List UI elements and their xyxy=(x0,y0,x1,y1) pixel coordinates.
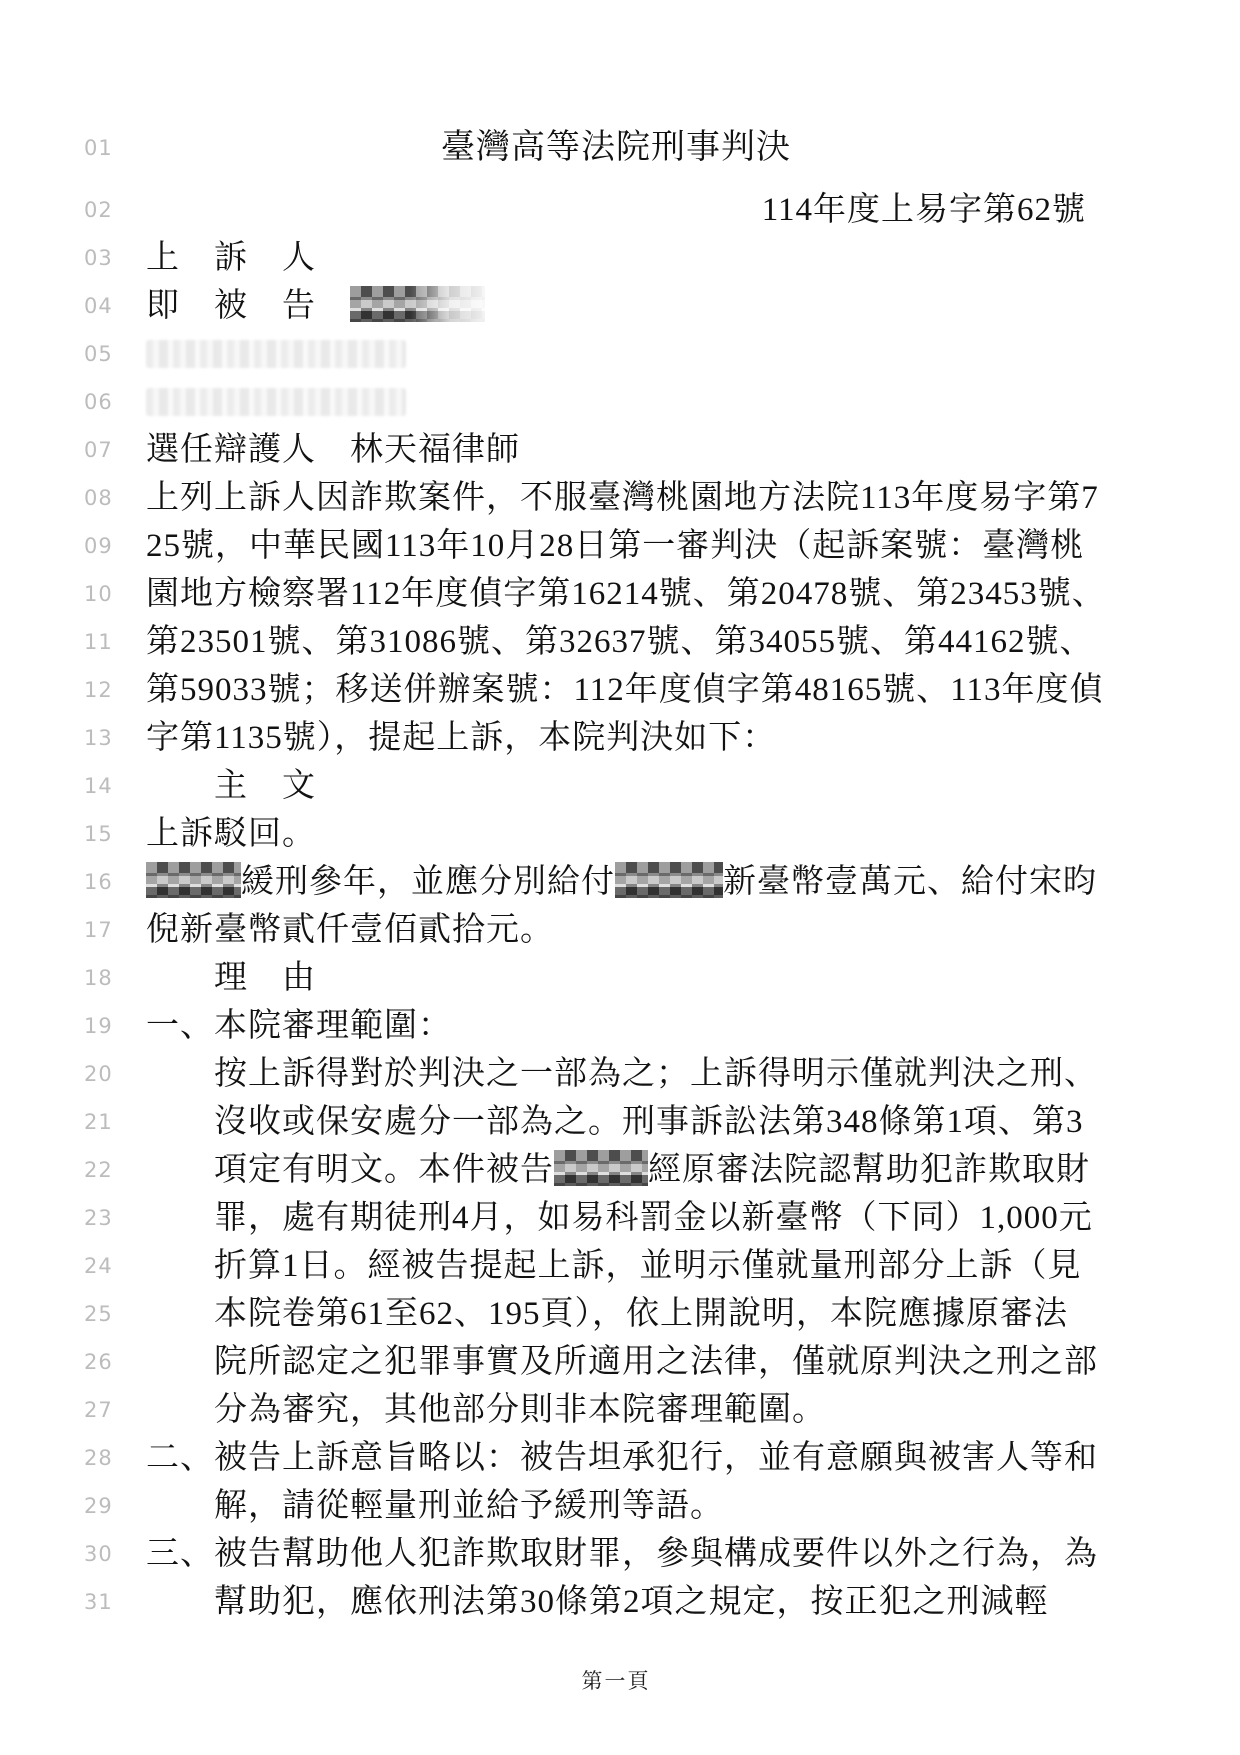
text-segment: 第23501號、第31086號、第32637號、第34055號、第44162號、 xyxy=(146,624,1094,660)
line-number: 07 xyxy=(84,426,134,474)
document-line-30: 30三、被告幫助他人犯詐欺取財罪，參與構成要件以外之行為，為 xyxy=(0,1530,1240,1578)
text-segment: 第59033號；移送併辦案號：112年度偵字第48165號、113年度偵 xyxy=(146,672,1104,708)
redacted-name-mosaic xyxy=(554,1150,648,1186)
line-content: 理 由 xyxy=(146,954,1086,1002)
text-segment: 按上訴得對於判決之一部為之；上訴得明示僅就判決之刑、 xyxy=(214,1056,1098,1092)
line-content: 25號，中華民國113年10月28日第一審判決（起訴案號：臺灣桃 xyxy=(146,522,1086,570)
line-content: 折算1日。經被告提起上訴，並明示僅就量刑部分上訴（見 xyxy=(146,1242,1086,1290)
text-segment: 上 訴 人 xyxy=(146,240,316,276)
line-content: 沒收或保安處分一部為之。刑事訴訟法第348條第1項、第3 xyxy=(146,1098,1086,1146)
line-content: 第59033號；移送併辦案號：112年度偵字第48165號、113年度偵 xyxy=(146,666,1086,714)
document-line-02: 02114年度上易字第62號 xyxy=(0,186,1240,234)
line-number: 28 xyxy=(84,1434,134,1482)
line-content xyxy=(146,330,1086,378)
document-line-10: 10園地方檢察署112年度偵字第16214號、第20478號、第23453號、 xyxy=(0,570,1240,618)
text-segment: 本院卷第61至62、195頁），依上開說明，本院應據原審法 xyxy=(214,1296,1068,1332)
line-number: 11 xyxy=(84,618,134,666)
text-segment: 主 文 xyxy=(214,768,316,804)
line-content: 幫助犯，應依刑法第30條第2項之規定，按正犯之刑減輕 xyxy=(146,1578,1086,1626)
document-line-01: 01臺灣高等法院刑事判決 xyxy=(0,124,1240,172)
document-line-26: 26院所認定之犯罪事實及所適用之法律，僅就原判決之刑之部 xyxy=(0,1338,1240,1386)
document-line-03: 03上 訴 人 xyxy=(0,234,1240,282)
line-content: 三、被告幫助他人犯詐欺取財罪，參與構成要件以外之行為，為 xyxy=(146,1530,1086,1578)
line-content: 緩刑參年，並應分別給付新臺幣壹萬元、給付宋昀 xyxy=(146,858,1086,906)
line-content: 臺灣高等法院刑事判決 xyxy=(146,124,1086,172)
document-line-25: 25本院卷第61至62、195頁），依上開說明，本院應據原審法 xyxy=(0,1290,1240,1338)
document-line-21: 21沒收或保安處分一部為之。刑事訴訟法第348條第1項、第3 xyxy=(0,1098,1240,1146)
line-content: 上訴駁回。 xyxy=(146,810,1086,858)
document-body: 01臺灣高等法院刑事判決02114年度上易字第62號03上 訴 人04即 被 告… xyxy=(0,124,1240,1626)
text-segment: 園地方檢察署112年度偵字第16214號、第20478號、第23453號、 xyxy=(146,576,1106,612)
line-content: 院所認定之犯罪事實及所適用之法律，僅就原判決之刑之部 xyxy=(146,1338,1086,1386)
text-segment: 二、被告上訴意旨略以：被告坦承犯行，並有意願與被害人等和 xyxy=(146,1440,1098,1476)
judgment-document-page: 01臺灣高等法院刑事判決02114年度上易字第62號03上 訴 人04即 被 告… xyxy=(0,0,1240,1755)
line-number: 23 xyxy=(84,1194,134,1242)
line-content: 園地方檢察署112年度偵字第16214號、第20478號、第23453號、 xyxy=(146,570,1086,618)
line-number: 24 xyxy=(84,1242,134,1290)
document-line-31: 31幫助犯，應依刑法第30條第2項之規定，按正犯之刑減輕 xyxy=(0,1578,1240,1626)
line-content: 項定有明文。本件被告經原審法院認幫助犯詐欺取財 xyxy=(146,1146,1086,1194)
text-segment: 即 被 告 xyxy=(146,288,350,324)
text-segment: 經原審法院認幫助犯詐欺取財 xyxy=(648,1152,1090,1188)
text-segment: 緩刑參年，並應分別給付 xyxy=(241,864,615,900)
text-segment: 倪新臺幣貳仟壹佰貳拾元。 xyxy=(146,912,554,948)
document-line-18: 18理 由 xyxy=(0,954,1240,1002)
line-content: 倪新臺幣貳仟壹佰貳拾元。 xyxy=(146,906,1086,954)
line-number: 26 xyxy=(84,1338,134,1386)
line-number: 09 xyxy=(84,522,134,570)
line-number: 18 xyxy=(84,954,134,1002)
line-content: 主 文 xyxy=(146,762,1086,810)
line-number: 15 xyxy=(84,810,134,858)
line-number: 10 xyxy=(84,570,134,618)
redacted-faint-text xyxy=(146,340,406,368)
line-content: 本院卷第61至62、195頁），依上開說明，本院應據原審法 xyxy=(146,1290,1086,1338)
line-number: 30 xyxy=(84,1530,134,1578)
document-line-22: 22項定有明文。本件被告經原審法院認幫助犯詐欺取財 xyxy=(0,1146,1240,1194)
text-segment: 理 由 xyxy=(214,960,316,996)
line-number: 05 xyxy=(84,330,134,378)
text-segment: 項定有明文。本件被告 xyxy=(214,1152,554,1188)
line-number: 22 xyxy=(84,1146,134,1194)
text-segment: 折算1日。經被告提起上訴，並明示僅就量刑部分上訴（見 xyxy=(214,1248,1082,1284)
redacted-name-mosaic xyxy=(350,286,485,322)
line-number: 25 xyxy=(84,1290,134,1338)
text-segment: 院所認定之犯罪事實及所適用之法律，僅就原判決之刑之部 xyxy=(214,1344,1098,1380)
redacted-name-mosaic xyxy=(615,862,723,898)
text-segment: 臺灣高等法院刑事判決 xyxy=(441,129,791,166)
line-content: 一、本院審理範圍： xyxy=(146,1002,1086,1050)
document-line-24: 24折算1日。經被告提起上訴，並明示僅就量刑部分上訴（見 xyxy=(0,1242,1240,1290)
line-content: 選任辯護人 林天福律師 xyxy=(146,426,1086,474)
line-content: 二、被告上訴意旨略以：被告坦承犯行，並有意願與被害人等和 xyxy=(146,1434,1086,1482)
document-line-12: 12第59033號；移送併辦案號：112年度偵字第48165號、113年度偵 xyxy=(0,666,1240,714)
text-segment: 25號，中華民國113年10月28日第一審判決（起訴案號：臺灣桃 xyxy=(146,528,1084,564)
line-number: 03 xyxy=(84,234,134,282)
document-line-13: 13字第1135號），提起上訴，本院判決如下： xyxy=(0,714,1240,762)
text-segment: 上訴駁回。 xyxy=(146,816,316,852)
line-number: 20 xyxy=(84,1050,134,1098)
line-number: 16 xyxy=(84,858,134,906)
line-number: 04 xyxy=(84,282,134,330)
text-segment: 字第1135號），提起上訴，本院判決如下： xyxy=(146,720,776,756)
document-line-27: 27分為審究，其他部分則非本院審理範圍。 xyxy=(0,1386,1240,1434)
line-content: 即 被 告 xyxy=(146,282,1086,330)
line-content xyxy=(146,378,1086,426)
line-content: 罪，處有期徒刑4月，如易科罰金以新臺幣（下同）1,000元 xyxy=(146,1194,1086,1242)
line-number: 21 xyxy=(84,1098,134,1146)
document-line-14: 14主 文 xyxy=(0,762,1240,810)
line-number: 08 xyxy=(84,474,134,522)
document-line-06: 06 xyxy=(0,378,1240,426)
line-number: 12 xyxy=(84,666,134,714)
line-number: 31 xyxy=(84,1578,134,1626)
document-line-05: 05 xyxy=(0,330,1240,378)
redacted-faint-text xyxy=(146,388,406,416)
line-content: 按上訴得對於判決之一部為之；上訴得明示僅就判決之刑、 xyxy=(146,1050,1086,1098)
text-segment: 三、被告幫助他人犯詐欺取財罪，參與構成要件以外之行為，為 xyxy=(146,1536,1098,1572)
document-line-09: 0925號，中華民國113年10月28日第一審判決（起訴案號：臺灣桃 xyxy=(0,522,1240,570)
text-segment: 沒收或保安處分一部為之。刑事訴訟法第348條第1項、第3 xyxy=(214,1104,1084,1140)
text-segment: 解，請從輕量刑並給予緩刑等語。 xyxy=(214,1488,724,1524)
line-number: 06 xyxy=(84,378,134,426)
document-line-08: 08上列上訴人因詐欺案件，不服臺灣桃園地方法院113年度易字第7 xyxy=(0,474,1240,522)
line-number: 19 xyxy=(84,1002,134,1050)
document-line-23: 23罪，處有期徒刑4月，如易科罰金以新臺幣（下同）1,000元 xyxy=(0,1194,1240,1242)
document-line-20: 20按上訴得對於判決之一部為之；上訴得明示僅就判決之刑、 xyxy=(0,1050,1240,1098)
document-line-28: 28二、被告上訴意旨略以：被告坦承犯行，並有意願與被害人等和 xyxy=(0,1434,1240,1482)
line-content: 字第1135號），提起上訴，本院判決如下： xyxy=(146,714,1086,762)
line-number: 13 xyxy=(84,714,134,762)
document-line-04: 04即 被 告 xyxy=(0,282,1240,330)
line-number: 27 xyxy=(84,1386,134,1434)
document-line-29: 29解，請從輕量刑並給予緩刑等語。 xyxy=(0,1482,1240,1530)
page-footer: 第一頁 xyxy=(146,1657,1086,1705)
line-content: 上 訴 人 xyxy=(146,234,1086,282)
document-line-15: 15上訴駁回。 xyxy=(0,810,1240,858)
text-segment: 幫助犯，應依刑法第30條第2項之規定，按正犯之刑減輕 xyxy=(214,1584,1049,1620)
line-content: 分為審究，其他部分則非本院審理範圍。 xyxy=(146,1386,1086,1434)
redacted-name-mosaic xyxy=(146,862,241,898)
text-segment: 分為審究，其他部分則非本院審理範圍。 xyxy=(214,1392,826,1428)
line-number: 14 xyxy=(84,762,134,810)
line-content: 第23501號、第31086號、第32637號、第34055號、第44162號、 xyxy=(146,618,1086,666)
document-line-07: 07選任辯護人 林天福律師 xyxy=(0,426,1240,474)
document-line-16: 16緩刑參年，並應分別給付新臺幣壹萬元、給付宋昀 xyxy=(0,858,1240,906)
line-number: 02 xyxy=(84,186,134,234)
document-line-19: 19一、本院審理範圍： xyxy=(0,1002,1240,1050)
line-content: 解，請從輕量刑並給予緩刑等語。 xyxy=(146,1482,1086,1530)
line-content: 上列上訴人因詐欺案件，不服臺灣桃園地方法院113年度易字第7 xyxy=(146,474,1086,522)
text-segment: 上列上訴人因詐欺案件，不服臺灣桃園地方法院113年度易字第7 xyxy=(146,480,1099,516)
document-line-11: 11第23501號、第31086號、第32637號、第34055號、第44162… xyxy=(0,618,1240,666)
text-segment: 114年度上易字第62號 xyxy=(762,192,1086,228)
text-segment: 選任辯護人 林天福律師 xyxy=(146,432,520,468)
document-line-17: 17倪新臺幣貳仟壹佰貳拾元。 xyxy=(0,906,1240,954)
line-number: 01 xyxy=(84,124,134,172)
line-content: 114年度上易字第62號 xyxy=(146,186,1086,234)
text-segment: 新臺幣壹萬元、給付宋昀 xyxy=(723,864,1097,900)
line-number: 17 xyxy=(84,906,134,954)
text-segment: 一、本院審理範圍： xyxy=(146,1008,452,1044)
text-segment: 罪，處有期徒刑4月，如易科罰金以新臺幣（下同）1,000元 xyxy=(214,1200,1093,1236)
line-number: 29 xyxy=(84,1482,134,1530)
